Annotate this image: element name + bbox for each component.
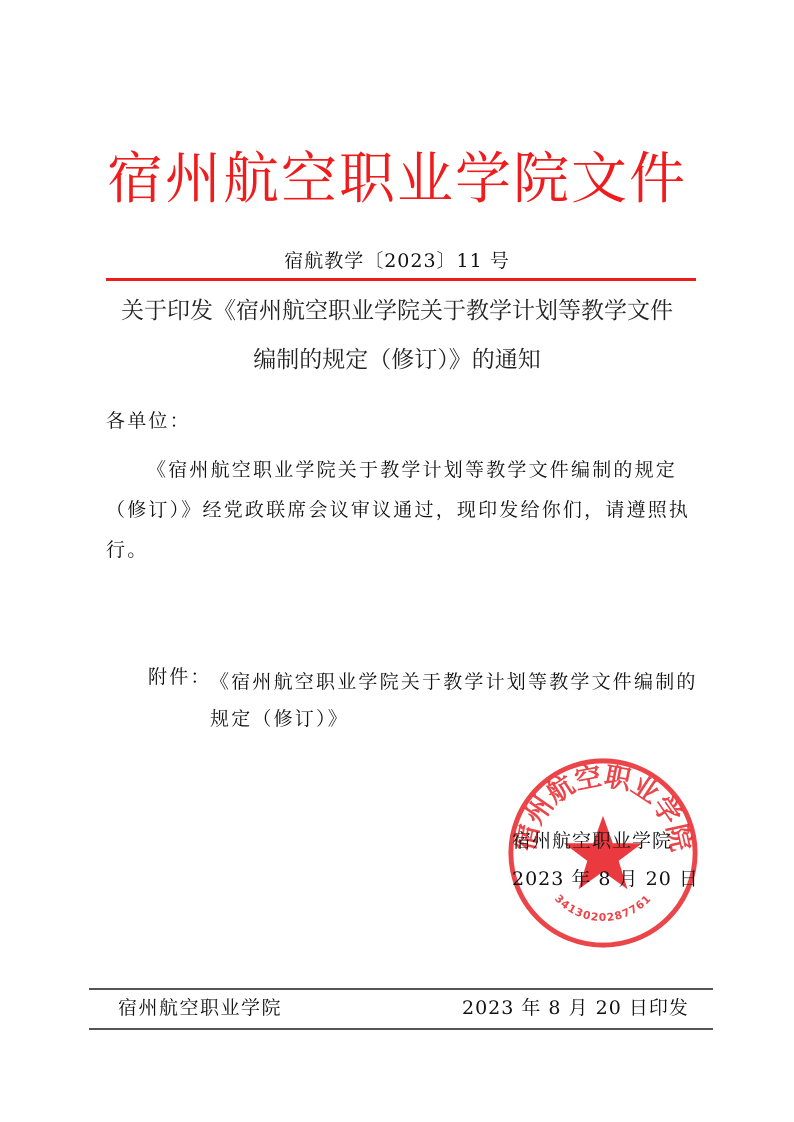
notice-title-line-2: 编制的规定（修订）》的通知 [90,345,704,375]
attachment-label: 附件： [148,664,212,690]
document-number: 宿航教学〔2023〕11 号 [0,248,794,274]
seal-code: 3413020287761 [552,892,654,924]
salutation: 各单位： [106,408,191,434]
official-seal-icon: 宿州航空职业学院 3413020287761 [505,755,701,951]
red-divider [106,278,696,281]
footer-print-date: 2023 年 8 月 20 日印发 [462,993,689,1020]
attachment-text: 《宿州航空职业学院关于教学计划等教学文件编制的规定（修订）》 [210,664,704,738]
svg-text:3413020287761: 3413020287761 [552,892,654,924]
signature-organization: 宿州航空职业学院 [512,826,672,853]
body-paragraph: 《宿州航空职业学院关于教学计划等教学文件编制的规定（修订）》经党政联席会议审议通… [106,450,702,570]
notice-title-line-1: 关于印发《宿州航空职业学院关于教学计划等教学文件 [90,296,704,326]
footer-bottom-rule [89,1028,713,1030]
footer-top-rule [89,988,713,990]
signature-date: 2023 年 8 月 20 日 [512,864,699,891]
issuer-title: 宿州航空职业学院文件 [0,140,794,220]
footer-organization: 宿州航空职业学院 [118,993,282,1020]
